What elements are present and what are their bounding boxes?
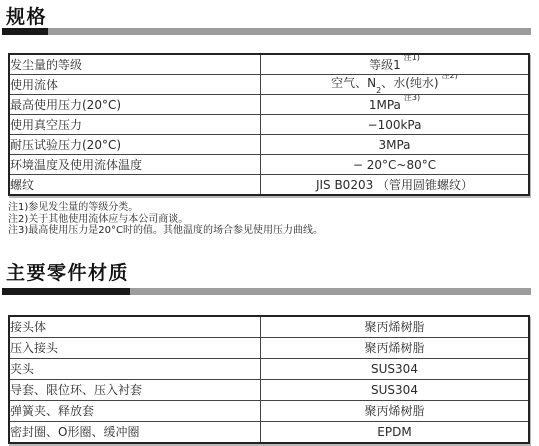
material-row-value: SUS304 xyxy=(261,380,530,401)
table-row: 使用真空压力 −100kPa xyxy=(9,115,529,135)
table-row: 接头体 聚丙烯树脂 xyxy=(9,316,529,338)
table-row: 压入接头 聚丙烯树脂 xyxy=(9,338,529,359)
footnote-line: 注2)关于其他使用流体应与本公司商谈。 xyxy=(8,214,323,226)
spec-row-value: −100kPa xyxy=(261,115,530,135)
spec-footnotes: 注1)参见发尘量的等级分类。 注2)关于其他使用流体应与本公司商谈。 注3)最高… xyxy=(8,202,323,237)
spec-row-value: 3MPa xyxy=(261,135,530,155)
chemical-subscript: 2 xyxy=(376,86,381,95)
footnote-ref: 注1) xyxy=(404,54,420,62)
spec-row-label: 最高使用压力(20°C) xyxy=(9,95,261,115)
materials-title-rule xyxy=(2,288,531,295)
spec-value-text: 空气、N xyxy=(331,76,376,90)
table-row: 螺纹 JIS B0203 （管用圆锥螺纹） xyxy=(9,175,529,196)
material-row-value: 聚丙烯树脂 xyxy=(261,338,530,359)
spec-value-text: 、水(纯水) xyxy=(381,76,438,90)
table-row: 夹头 SUS304 xyxy=(9,359,529,380)
table-row: 环境温度及使用流体温度 − 20°C~80°C xyxy=(9,155,529,175)
table-row: 耐压试验压力(20°C) 3MPa xyxy=(9,135,529,155)
table-row: 使用流体 空气、N2、水(纯水)注2) xyxy=(9,75,529,95)
spec-row-value: JIS B0203 （管用圆锥螺纹） xyxy=(261,175,530,196)
spec-title-rule xyxy=(2,28,531,35)
materials-title-rule-accent xyxy=(2,288,130,295)
material-row-value: SUS304 xyxy=(261,359,530,380)
material-row-value: 聚丙烯树脂 xyxy=(261,316,530,338)
table-row: 密封圈、O形圈、缓冲圈 EPDM xyxy=(9,422,529,444)
spec-row-value: 空气、N2、水(纯水)注2) xyxy=(261,75,530,95)
material-row-label: 接头体 xyxy=(9,316,261,338)
spec-value-text: 1MPa xyxy=(369,98,401,112)
spec-value-text: 等级1 xyxy=(369,58,401,72)
spec-title-rule-accent xyxy=(2,28,48,35)
footnote-ref: 注3) xyxy=(404,95,420,103)
spec-row-label: 耐压试验压力(20°C) xyxy=(9,135,261,155)
materials-table: 接头体 聚丙烯树脂 压入接头 聚丙烯树脂 夹头 SUS304 导套、限位环、压入… xyxy=(8,315,530,444)
footnote-line: 注1)参见发尘量的等级分类。 xyxy=(8,202,323,214)
spec-row-label: 环境温度及使用流体温度 xyxy=(9,155,261,175)
spec-row-value: − 20°C~80°C xyxy=(261,155,530,175)
material-row-label: 导套、限位环、压入衬套 xyxy=(9,380,261,401)
material-row-label: 弹簧夹、释放套 xyxy=(9,401,261,422)
spec-row-label: 使用流体 xyxy=(9,75,261,95)
spec-row-label: 发尘量的等级 xyxy=(9,54,261,75)
material-row-value: 聚丙烯树脂 xyxy=(261,401,530,422)
footnote-ref: 注2) xyxy=(442,75,458,81)
material-row-label: 密封圈、O形圈、缓冲圈 xyxy=(9,422,261,444)
table-row: 导套、限位环、压入衬套 SUS304 xyxy=(9,380,529,401)
material-row-label: 夹头 xyxy=(9,359,261,380)
spec-table: 发尘量的等级 等级1注1) 使用流体 空气、N2、水(纯水)注2) 最高使用压力… xyxy=(8,53,530,196)
spec-row-value: 1MPa注3) xyxy=(261,95,530,115)
material-row-label: 压入接头 xyxy=(9,338,261,359)
spec-row-value: 等级1注1) xyxy=(261,54,530,75)
table-row: 发尘量的等级 等级1注1) xyxy=(9,54,529,75)
spec-row-label: 螺纹 xyxy=(9,175,261,196)
materials-section-title: 主要零件材质 xyxy=(6,258,129,285)
spec-row-label: 使用真空压力 xyxy=(9,115,261,135)
spec-section-title: 规格 xyxy=(6,2,47,29)
material-row-value: EPDM xyxy=(261,422,530,444)
table-row: 最高使用压力(20°C) 1MPa注3) xyxy=(9,95,529,115)
table-row: 弹簧夹、释放套 聚丙烯树脂 xyxy=(9,401,529,422)
footnote-line: 注3)最高使用压力是20°C时的值。其他温度的场合参见使用压力曲线。 xyxy=(8,225,323,237)
